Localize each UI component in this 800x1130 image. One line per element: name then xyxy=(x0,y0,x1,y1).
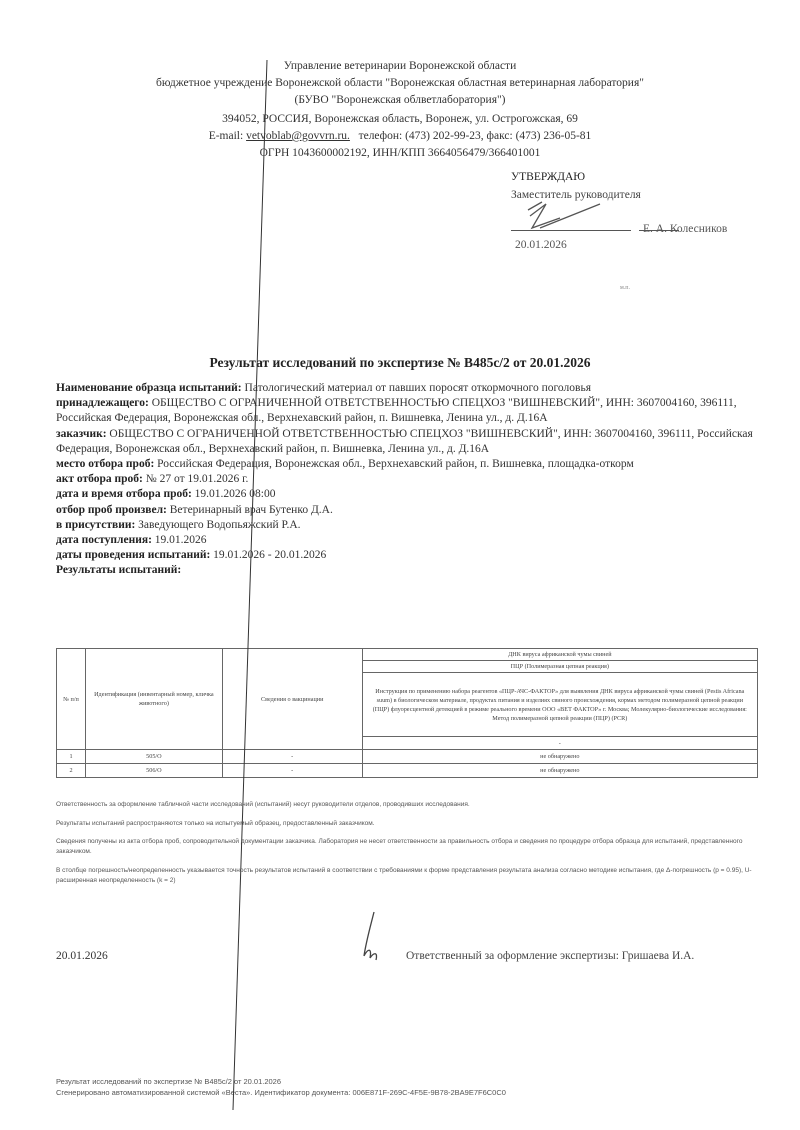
header-num: № п/п xyxy=(57,649,86,750)
responsible-person: Ответственный за оформление экспертизы: … xyxy=(406,950,694,962)
email-label: E-mail: xyxy=(209,130,244,142)
approver-signature-icon xyxy=(520,198,610,238)
table-row: 1 505/О - не обнаружено xyxy=(57,750,758,764)
footer-date: 20.01.2026 xyxy=(56,950,108,962)
header-ident: Идентификация (инвентарный номер, кличка… xyxy=(85,649,222,750)
field-test-dates: даты проведения испытаний: 19.01.2026 - … xyxy=(56,548,756,563)
note-sampling: Сведения получены из акта отбора проб, с… xyxy=(56,837,776,857)
footer-doc-ref: Результат исследований по экспертизе № В… xyxy=(56,1076,506,1087)
field-received-date: дата поступления: 19.01.2026 xyxy=(56,533,756,548)
notes: Ответственность за оформление табличной … xyxy=(56,800,776,894)
row-num: 2 xyxy=(57,764,86,778)
results-table: № п/п Идентификация (инвентарный номер, … xyxy=(56,648,758,778)
field-sample-name: Наименование образца испытаний: Патологи… xyxy=(56,381,756,396)
field-sampling-datetime: дата и время отбора проб: 19.01.2026 08:… xyxy=(56,487,756,502)
document-title: Результат исследований по экспертизе № В… xyxy=(0,355,800,371)
approval-title: УТВЕРЖДАЮ xyxy=(511,168,641,186)
field-owner: принадлежащего: ОБЩЕСТВО С ОГРАНИЧЕННОЙ … xyxy=(56,396,756,426)
field-presence: в присутствии: Заведующего Водопьяжский … xyxy=(56,518,756,533)
footer-generated-by: Сгенерировано автоматизированной системо… xyxy=(56,1087,506,1098)
header-line-contacts: E-mail: vetvoblab@govvrn.ru. телефон: (4… xyxy=(0,128,800,145)
header-norm: - xyxy=(362,737,757,750)
row-result: не обнаружено xyxy=(362,750,757,764)
org-header: Управление ветеринарии Воронежской облас… xyxy=(0,58,800,162)
email-link[interactable]: vetvoblab@govvrn.ru. xyxy=(246,130,350,142)
row-num: 1 xyxy=(57,750,86,764)
approval-date: 20.01.2026 xyxy=(515,236,567,254)
header-line-short-name: (БУВО "Воронежская облветлаборатория") xyxy=(0,92,800,109)
row-info: - xyxy=(222,750,362,764)
header-method-short: ПЦР (Полимеразная цепная реакция) xyxy=(362,661,757,673)
header-line-address: 394052, РОССИЯ, Воронежская область, Вор… xyxy=(0,111,800,128)
header-line-ogrn: ОГРН 1043600002192, ИНН/КПП 3664056479/3… xyxy=(0,145,800,162)
stamp-placeholder: м.п. xyxy=(620,285,630,291)
document-footer: Результат исследований по экспертизе № В… xyxy=(56,1076,506,1098)
header-indicator: ДНК вируса африканской чумы свиней xyxy=(362,649,757,661)
field-sampling-act: акт отбора проб: № 27 от 19.01.2026 г. xyxy=(56,472,756,487)
row-ident: 505/О xyxy=(85,750,222,764)
field-customer: заказчик: ОБЩЕСТВО С ОГРАНИЧЕННОЙ ОТВЕТС… xyxy=(56,427,756,457)
responsible-signature-icon xyxy=(350,908,390,968)
document-page: Управление ветеринарии Воронежской облас… xyxy=(0,0,800,1130)
field-sampling-place: место отбора проб: Российская Федерация,… xyxy=(56,457,756,472)
phones: телефон: (473) 202-99-23, факс: (473) 23… xyxy=(359,130,592,142)
approver-name: Е. А. Колесников xyxy=(643,220,727,238)
note-responsibility: Ответственность за оформление табличной … xyxy=(56,800,776,810)
row-result: не обнаружено xyxy=(362,764,757,778)
note-uncertainty: В столбце погрешность/неопределенность у… xyxy=(56,866,776,886)
header-method-doc: Инструкция по применению набора реагенто… xyxy=(362,673,757,737)
sample-info: Наименование образца испытаний: Патологи… xyxy=(56,381,756,579)
table-row: 2 506/О - не обнаружено xyxy=(57,764,758,778)
header-line-institution: бюджетное учреждение Воронежской области… xyxy=(0,75,800,92)
header-info: Сведения о вакцинации xyxy=(222,649,362,750)
note-scope: Результаты испытаний распространяются то… xyxy=(56,819,776,829)
field-results-heading: Результаты испытаний: xyxy=(56,563,756,578)
field-sampled-by: отбор проб произвел: Ветеринарный врач Б… xyxy=(56,503,756,518)
row-info: - xyxy=(222,764,362,778)
row-ident: 506/О xyxy=(85,764,222,778)
header-line-ministry: Управление ветеринарии Воронежской облас… xyxy=(0,58,800,75)
